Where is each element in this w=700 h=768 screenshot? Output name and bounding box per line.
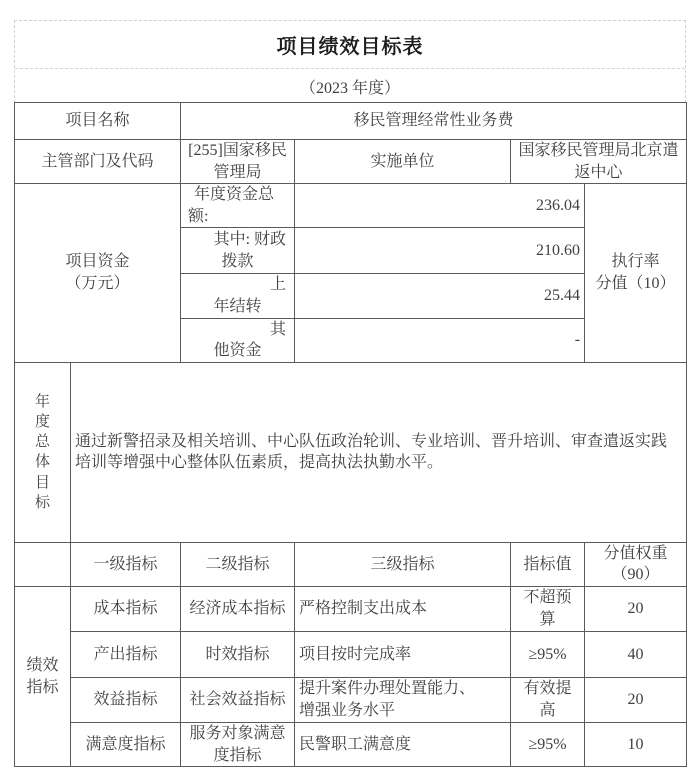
fund-fiscal-label: 其中: 财政拨款 [181, 228, 295, 274]
header-level2: 二级指标 [181, 542, 295, 586]
department-label: 主管部门及代码 [15, 140, 181, 184]
department-value: [255]国家移民管理局 [181, 140, 295, 184]
output-weight: 40 [585, 631, 687, 677]
annual-goal-text: 通过新警招录及相关培训、中心队伍政治轮训、专业培训、晋升培训、审查遣返实践培训等… [71, 362, 687, 542]
funds-label: 项目资金（万元） [15, 184, 181, 363]
indicator-row-output: 产出指标 时效指标 项目按时完成率 ≥95% 40 [15, 631, 687, 677]
page-subtitle-year: （2023 年度） [15, 69, 685, 103]
cost-level3: 严格控制支出成本 [295, 586, 511, 631]
row-department: 主管部门及代码 [255]国家移民管理局 实施单位 国家移民管理局北京遣返中心 [15, 140, 687, 184]
header-level1: 一级指标 [71, 542, 181, 586]
cost-weight: 20 [585, 586, 687, 631]
project-name-value: 移民管理经常性业务费 [181, 103, 687, 140]
performance-target-sheet: 项目绩效目标表 （2023 年度） 项目名称 移民管理经常性业务费 主管部门及代… [0, 0, 700, 768]
satisfaction-level2: 服务对象满意度指标 [181, 722, 295, 766]
benefit-level1: 效益指标 [71, 677, 181, 722]
fund-carryover-value: 25.44 [295, 274, 585, 318]
impl-unit-label: 实施单位 [295, 140, 511, 184]
title-block: 项目绩效目标表 （2023 年度） [14, 20, 686, 103]
exec-rate-score-label: 执行率分值（10） [585, 184, 687, 363]
page-title: 项目绩效目标表 [15, 21, 685, 69]
row-project-name: 项目名称 移民管理经常性业务费 [15, 103, 687, 140]
satisfaction-level3: 民警职工满意度 [295, 722, 511, 766]
performance-table: 项目名称 移民管理经常性业务费 主管部门及代码 [255]国家移民管理局 实施单… [14, 102, 687, 767]
fund-other-value: - [295, 318, 585, 362]
benefit-level3: 提升案件办理处置能力、增强业务水平 [295, 677, 511, 722]
indicators-section-label: 绩效指标 [15, 586, 71, 766]
indicator-row-satisfaction: 满意度指标 服务对象满意度指标 民警职工满意度 ≥95% 10 [15, 722, 687, 766]
cost-value: 不超预算 [511, 586, 585, 631]
cost-level1: 成本指标 [71, 586, 181, 631]
output-level3: 项目按时完成率 [295, 631, 511, 677]
indicator-row-benefit: 效益指标 社会效益指标 提升案件办理处置能力、增强业务水平 有效提高 20 [15, 677, 687, 722]
output-level2: 时效指标 [181, 631, 295, 677]
satisfaction-level1: 满意度指标 [71, 722, 181, 766]
header-weight: 分值权重（90） [585, 542, 687, 586]
corner-cell [15, 542, 71, 586]
header-level3: 三级指标 [295, 542, 511, 586]
benefit-level2: 社会效益指标 [181, 677, 295, 722]
indicator-row-cost: 绩效指标 成本指标 经济成本指标 严格控制支出成本 不超预算 20 [15, 586, 687, 631]
row-indicator-header: 一级指标 二级指标 三级指标 指标值 分值权重（90） [15, 542, 687, 586]
header-value: 指标值 [511, 542, 585, 586]
output-level1: 产出指标 [71, 631, 181, 677]
annual-goal-label: 年度总体目标 [15, 362, 71, 542]
cost-level2: 经济成本指标 [181, 586, 295, 631]
fund-other-label: 其他资金 [181, 318, 295, 362]
project-name-label: 项目名称 [15, 103, 181, 140]
row-annual-goal: 年度总体目标 通过新警招录及相关培训、中心队伍政治轮训、专业培训、晋升培训、审查… [15, 362, 687, 542]
fund-carryover-label: 上年结转 [181, 274, 295, 318]
benefit-weight: 20 [585, 677, 687, 722]
output-value: ≥95% [511, 631, 585, 677]
satisfaction-weight: 10 [585, 722, 687, 766]
satisfaction-value: ≥95% [511, 722, 585, 766]
fund-total-label: 年度资金总额: [181, 184, 295, 228]
fund-total-value: 236.04 [295, 184, 585, 228]
impl-unit-value: 国家移民管理局北京遣返中心 [511, 140, 687, 184]
row-fund-total: 项目资金（万元） 年度资金总额: 236.04 执行率分值（10） [15, 184, 687, 228]
fund-fiscal-value: 210.60 [295, 228, 585, 274]
benefit-value: 有效提高 [511, 677, 585, 722]
